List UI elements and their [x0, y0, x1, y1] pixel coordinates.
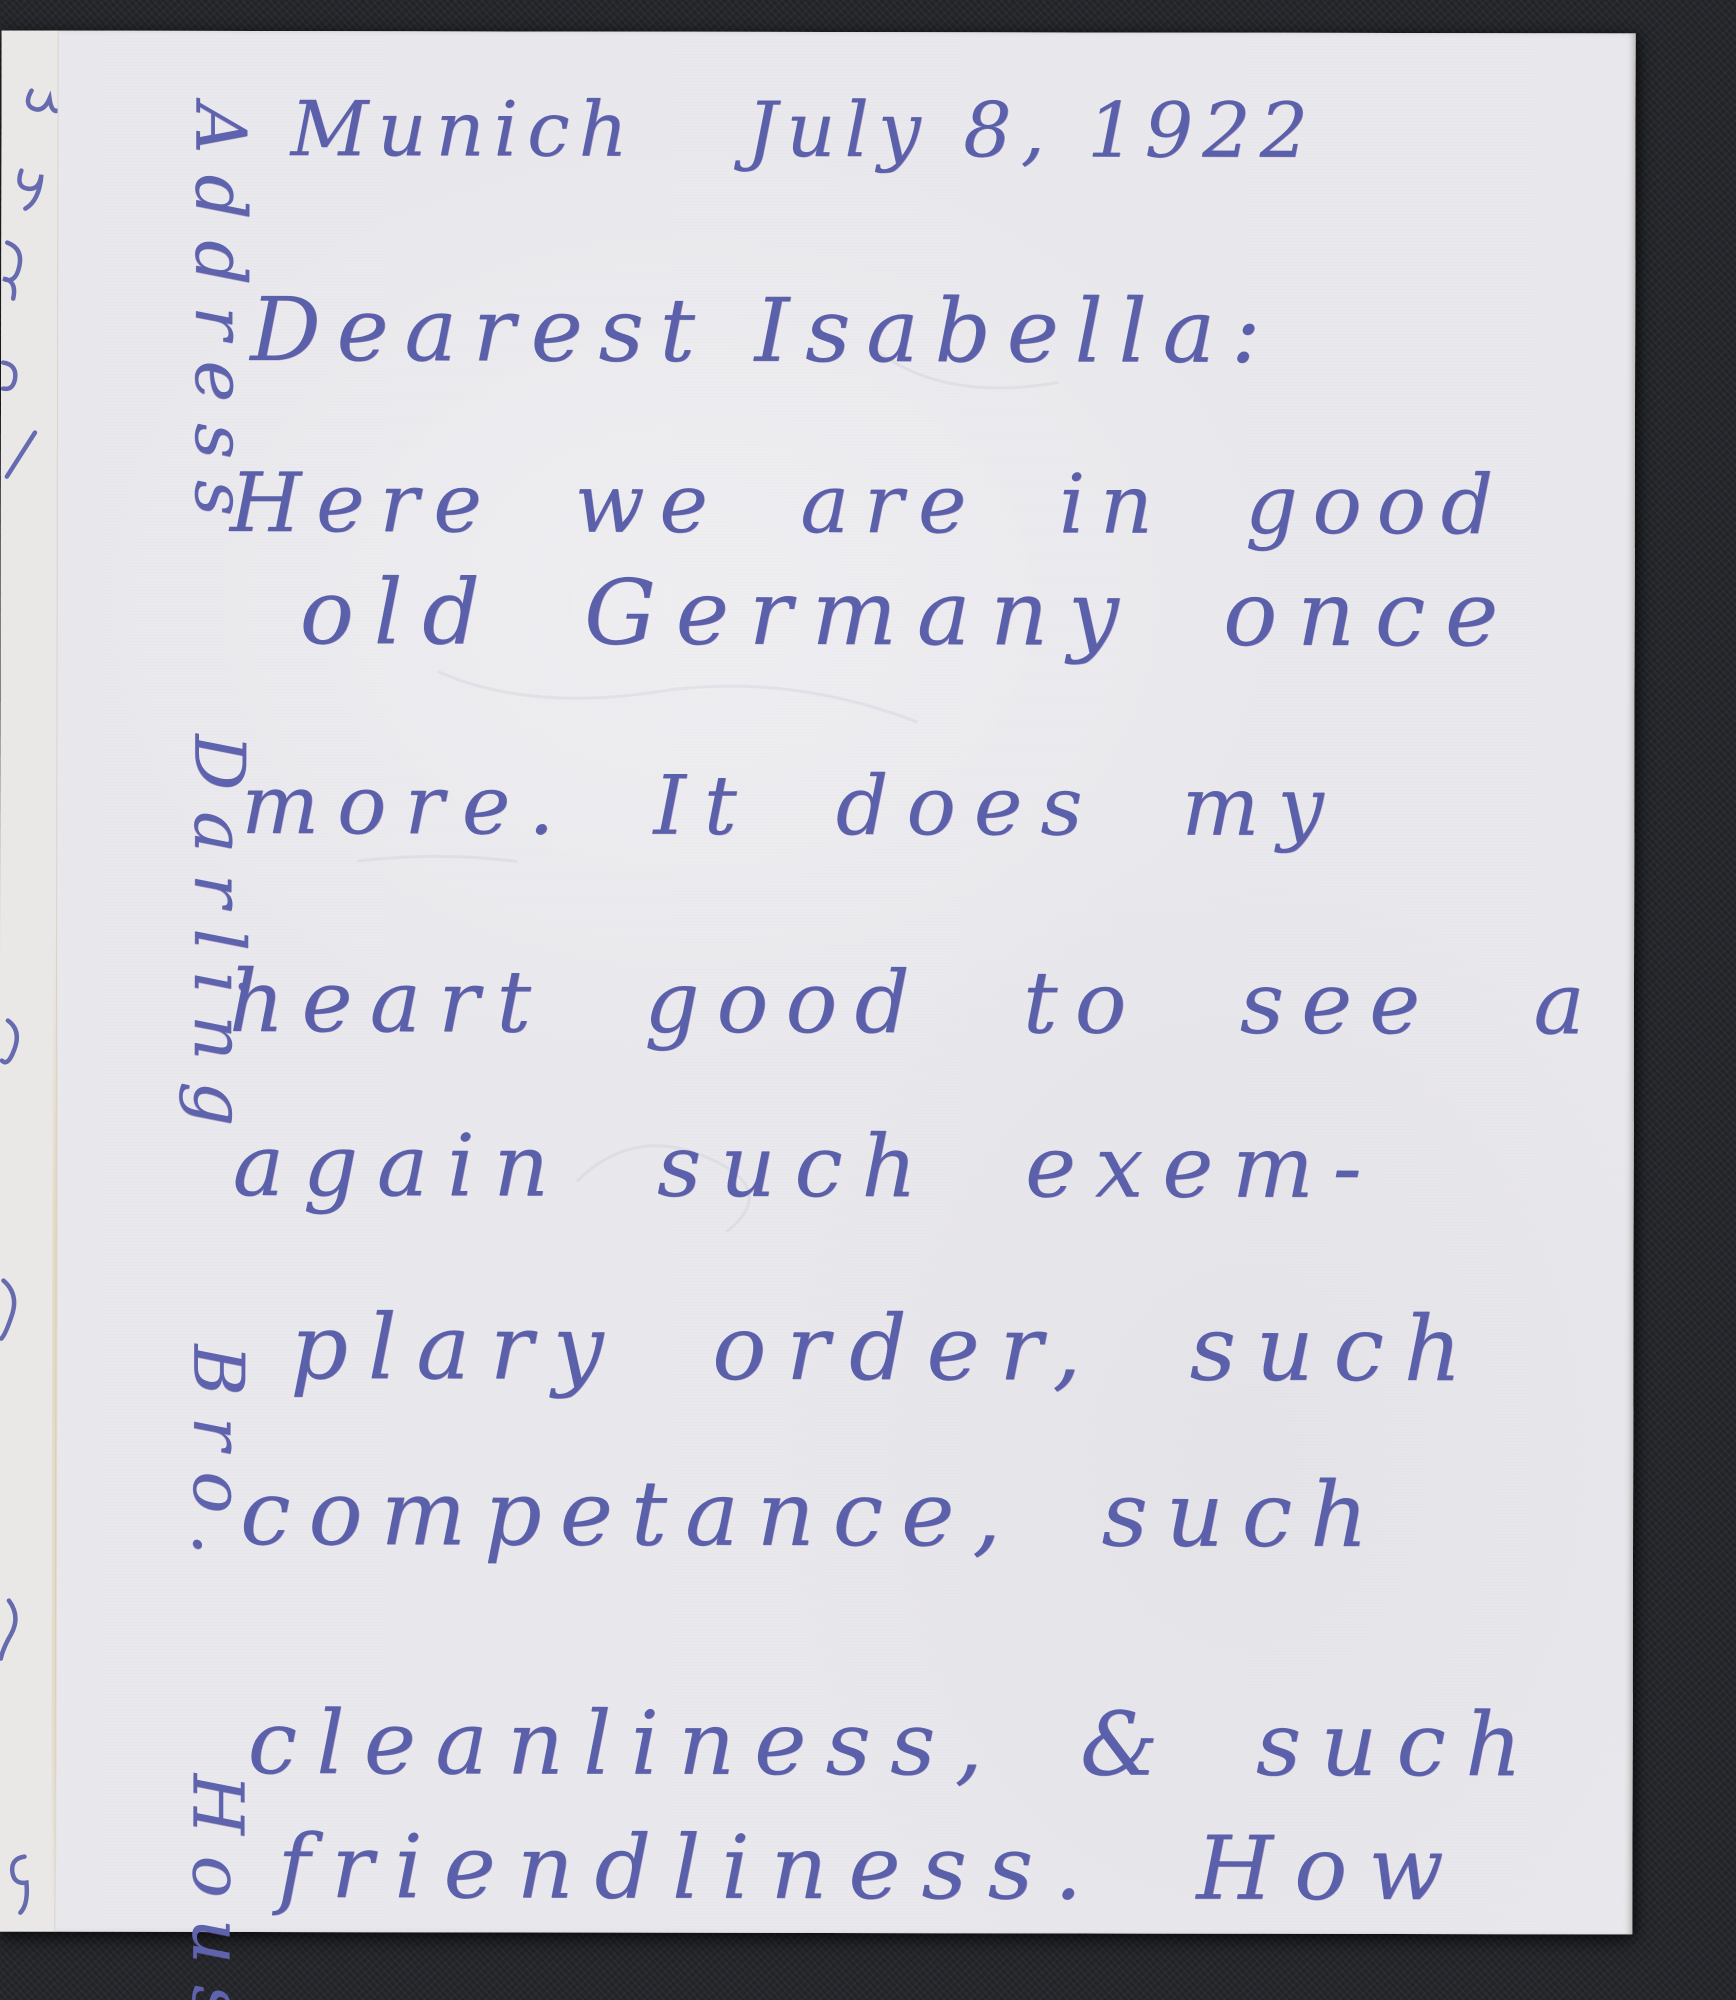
body-line-8: cleanliness, & such [248, 1699, 1542, 1789]
place-text: Munich [290, 84, 636, 174]
body-line-4: heart good to see a [229, 959, 1602, 1047]
photo-backdrop: Address Darling Bro. Housley MunichJuly … [0, 0, 1736, 2000]
body-line-6: plary order, such [290, 1303, 1481, 1395]
letter-page: Address Darling Bro. Housley MunichJuly … [0, 31, 1636, 1935]
body-line-1: Here we are in good [230, 463, 1508, 547]
letter-sheet: Address Darling Bro. Housley MunichJuly … [54, 31, 1635, 1935]
heading-line: MunichJuly 8, 1922 [290, 91, 1317, 169]
adjacent-page-ink-fragments [0, 31, 58, 1932]
body-line-9: friendliness. How [277, 1823, 1464, 1913]
body-line-5: again such exem- [233, 1123, 1381, 1211]
adjacent-page-edge [0, 31, 58, 1932]
salutation-text: Dearest Isabella: [250, 286, 1276, 376]
body-line-7: competance, such [240, 1469, 1386, 1561]
body-line-3: more. It does my [241, 765, 1341, 849]
body-line-2: old Germany once [300, 568, 1519, 660]
date-text: July 8, 1922 [747, 85, 1317, 175]
